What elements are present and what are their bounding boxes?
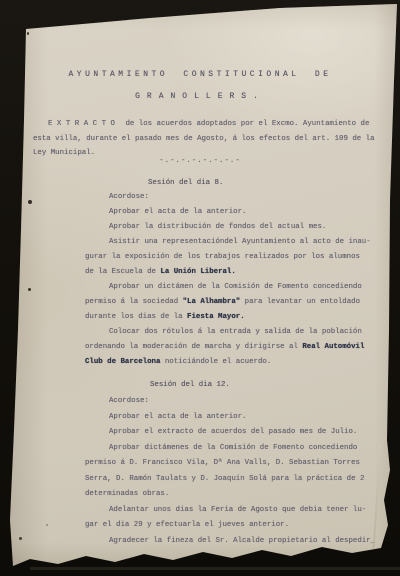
intro-paragraph: EXTRACTOde los acuerdos adoptados por el… [33, 117, 385, 161]
body-line: permiso á la sociedad "La Alhambra" para… [85, 295, 387, 310]
body-line: Adelantar unos dias la Feria de Agosto q… [85, 503, 391, 519]
body-line: Club de Barcelona noticiándole el acuerd… [85, 355, 387, 370]
session-2-body: Acordose: Aprobar el acta de la anterior… [85, 394, 391, 549]
ink-speck [28, 200, 32, 204]
extracto-word: EXTRACTO [48, 120, 119, 128]
session-heading-2: Sesión del dia 12. [150, 381, 230, 389]
body-line: gar el dia 29 y efectuarla el jueves ant… [85, 518, 391, 534]
body-line: Aprobar el acta de la anterior. [85, 205, 387, 220]
body-line: Asistir una representacióndel Ayuntamien… [85, 235, 387, 250]
body-line: Acordose: [85, 190, 387, 205]
body-line: determinadas obras. [85, 487, 391, 503]
body-line: Agradecer la fineza del Sr. Alcalde prop… [85, 534, 391, 550]
document-page: AYUNTAMIENTO CONSTITUCIONAL DE GRANOLLER… [0, 0, 400, 576]
intro-line: EXTRACTOde los acuerdos adoptados por el… [33, 117, 385, 132]
session-1-body: Acordose: Aprobar el acta de la anterior… [85, 190, 387, 370]
body-line: ordenando la moderación de marcha y diri… [85, 340, 387, 355]
body-line: Aprobar dictámenes de la Comisión de Fom… [85, 441, 391, 457]
separator-ornament: -.-.-.-.-.-.-.- [0, 157, 400, 165]
ink-speck [46, 524, 48, 526]
ink-speck [27, 32, 29, 35]
intro-line: esta villa, durante el pasado mes de Ago… [33, 132, 385, 147]
body-line: Aprobar la distribución de fondos del ac… [85, 220, 387, 235]
document-title-line1: AYUNTAMIENTO CONSTITUCIONAL DE [0, 70, 400, 79]
body-line: Aprobar un dictámen de la Comisión de Fo… [85, 280, 387, 295]
ink-speck [19, 537, 22, 540]
body-line: durante los dias de la Fiesta Mayor. [85, 310, 387, 325]
session-heading-1: Sesión del dia 8. [148, 179, 223, 187]
body-line: permiso á D. Francisco Vila, Dª Ana Vall… [85, 456, 391, 472]
body-line: Serra, D. Ramón Taulats y D. Joaquín Sol… [85, 472, 391, 488]
body-line: Aprobar el extracto de acuerdos del pasa… [85, 425, 391, 441]
ink-speck [28, 288, 31, 291]
body-line: Colocar dos rótulos á la entrada y salid… [85, 325, 387, 340]
body-line: Acordose: [85, 394, 391, 410]
body-line: de la Escuela de La Unión Liberal. [85, 265, 387, 280]
body-line: Aprobar el acta de la anterior. [85, 410, 391, 426]
body-line: gurar la exposición de los trabajos real… [85, 250, 387, 265]
scanner-edge-line [30, 567, 400, 570]
document-title-line2: GRANOLLERS. [0, 92, 400, 101]
